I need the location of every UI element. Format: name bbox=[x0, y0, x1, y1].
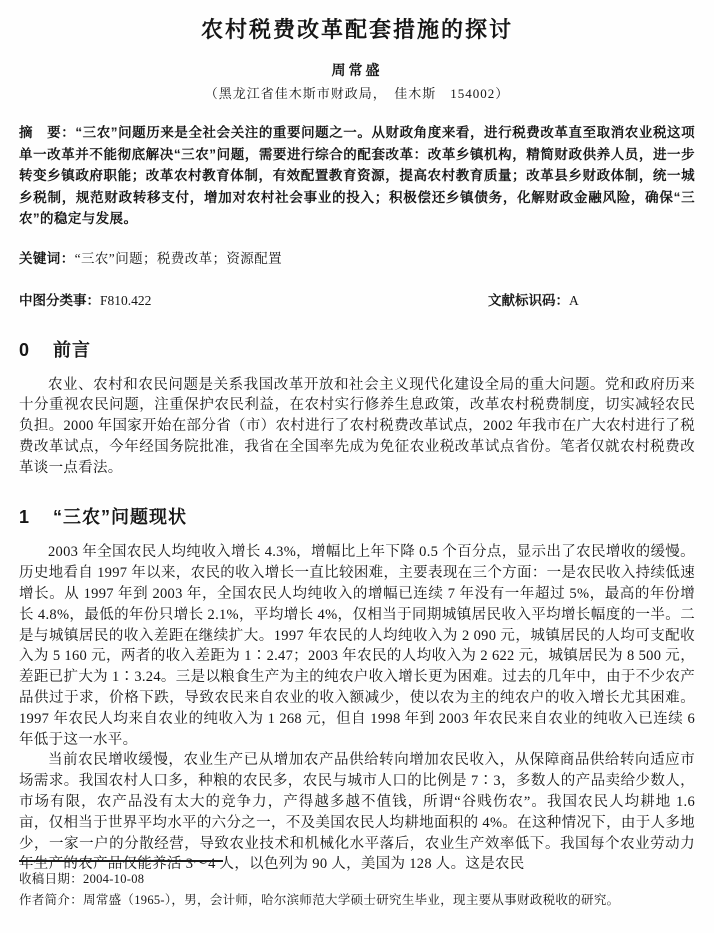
clc-value: F810.422 bbox=[100, 293, 151, 308]
classification-row: 中图分类事：F810.422 文献标识码：A bbox=[19, 291, 695, 311]
paper-author: 周常盛 bbox=[19, 61, 695, 79]
clc-number: 中图分类事：F810.422 bbox=[19, 293, 151, 308]
document-code-value: A bbox=[569, 293, 579, 308]
author-bio-line: 作者简介：周常盛（1965-），男，会计师，哈尔滨师范大学硕士研究生毕业，现主要… bbox=[19, 890, 695, 911]
paper-page: 农村税费改革配套措施的探讨 周常盛 （黑龙江省佳木斯市财政局， 佳木斯 1540… bbox=[0, 0, 714, 933]
abstract-text: “三农”问题历来是全社会关注的重要问题之一。从财政角度来看，进行税费改革直至取消… bbox=[19, 125, 695, 226]
paper-title: 农村税费改革配套措施的探讨 bbox=[19, 0, 695, 45]
section-title: 前言 bbox=[53, 340, 91, 360]
paper-affiliation: （黑龙江省佳木斯市财政局， 佳木斯 154002） bbox=[19, 85, 695, 102]
received-date-value: 2004-10-08 bbox=[83, 872, 144, 886]
paragraph: 当前农民增收缓慢，农业生产已从增加农产品供给转向增加农民收入，从保障商品供给转向… bbox=[19, 750, 695, 875]
paragraph: 2003 年全国农民人均纯收入增长 4.3%，增幅比上年下降 0.5 个百分点，… bbox=[19, 542, 695, 750]
paragraph: 农业、农村和农民问题是关系我国改革开放和社会主义现代化建设全局的重大问题。党和政… bbox=[19, 375, 695, 479]
section-number: 1 bbox=[19, 504, 29, 530]
clc-label: 中图分类事： bbox=[19, 293, 100, 308]
document-code: 文献标识码：A bbox=[488, 291, 579, 311]
author-bio-value: 周常盛（1965-），男，会计师，哈尔滨师范大学硕士研究生毕业，现主要从事财政税… bbox=[83, 893, 619, 907]
section-number: 0 bbox=[19, 337, 29, 363]
section-heading-0: 0前言 bbox=[19, 337, 695, 363]
keywords-label: 关键词： bbox=[19, 251, 75, 266]
footnote-block: 收稿日期：2004-10-08 作者简介：周常盛（1965-），男，会计师，哈尔… bbox=[19, 860, 695, 911]
abstract-block: 摘 要：“三农”问题历来是全社会关注的重要问题之一。从财政角度来看，进行税费改革… bbox=[19, 122, 695, 230]
document-code-label: 文献标识码： bbox=[488, 293, 569, 308]
footnote-divider bbox=[19, 860, 223, 862]
keywords-text: “三农”问题；税费改革；资源配置 bbox=[75, 251, 282, 266]
received-date-line: 收稿日期：2004-10-08 bbox=[19, 869, 695, 890]
keywords-block: 关键词：“三农”问题；税费改革；资源配置 bbox=[19, 249, 695, 269]
abstract-label: 摘 要： bbox=[19, 125, 75, 140]
section-heading-1: 1“三农”问题现状 bbox=[19, 504, 695, 530]
author-bio-label: 作者简介： bbox=[19, 893, 83, 907]
received-date-label: 收稿日期： bbox=[19, 872, 83, 886]
section-title: “三农”问题现状 bbox=[53, 507, 187, 527]
